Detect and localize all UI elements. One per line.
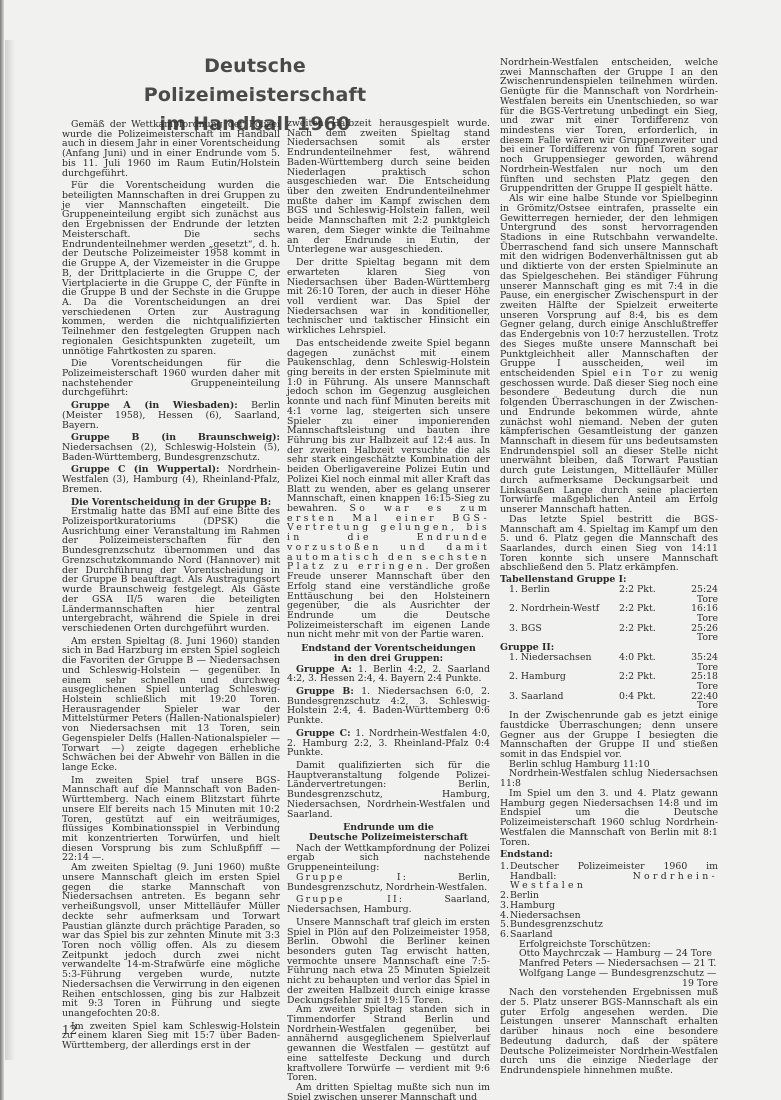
goals: 25:24 Tore — [662, 585, 718, 604]
paragraph: Am dritten Spieltag mußte sich nun im Sp… — [287, 1083, 490, 1100]
endstand-list: 1.Deutscher Polizeimeister 1960 im Handb… — [500, 862, 718, 940]
paragraph: Nach den vorstehenden Ergebnissen muß de… — [500, 988, 718, 1075]
standing-c: Gruppe C: 1. Nordrhein-Westfalen 4:0, 2.… — [287, 729, 490, 758]
paragraph: Im zweiten Spiel kam Schleswig-Holstein … — [62, 1022, 280, 1051]
text-run: zu wenig geschossen wurde. Daß dieser Si… — [500, 368, 718, 515]
table-group-i: 1. Berlin2:2 Pkt.25:24 Tore 2. Nordrhein… — [500, 585, 718, 643]
text-run: Das entscheidende zweite Spiel begann da… — [287, 338, 490, 514]
text-run: Als wir eine halbe Stunde vor Spielbegin… — [500, 193, 718, 379]
team: 2. Nordrhein-Westf — [500, 604, 610, 623]
team: 3. Saarland — [500, 692, 610, 711]
table-group-ii: 1. Niedersachsen4:0 Pkt.35:24 Tore 2. Ha… — [500, 653, 718, 711]
paragraph: Am zweiten Spieltag (9. Juni 1960) mußte… — [62, 863, 280, 1019]
group-c-line: Gruppe C (in Wuppertal): Nordrhein-Westf… — [62, 465, 280, 494]
result-line: Nordrhein-Westfalen schlug Niedersachsen… — [500, 769, 718, 788]
paragraph: Die Vorentscheidungen für die Polizeimei… — [62, 359, 280, 398]
goals: 22:40 Tore — [662, 692, 718, 711]
standing-b: Gruppe B: 1. Niedersachsen 6:0, 2. Bunde… — [287, 687, 490, 726]
paragraph: Der dritte Spieltag begann mit dem erwar… — [287, 258, 490, 336]
team: 1. Niedersachsen — [500, 653, 610, 672]
group-b-line: Gruppe B (in Braunschweig): Niedersachse… — [62, 433, 280, 462]
points: 2:2 Pkt. — [610, 585, 662, 604]
table-row: 2. Hamburg2:2 Pkt.25:18 Tore — [500, 672, 718, 691]
paragraph: zweiten Halbzeit herausgespielt wurde. N… — [287, 119, 490, 255]
paragraph: Für die Vorentscheidung wurden die betei… — [62, 181, 280, 356]
group-ii-line: Gruppe II: Saarland, Niedersachsen, Hamb… — [287, 895, 490, 914]
endstand-heading: Endstand: — [500, 850, 718, 860]
paragraph: Das letzte Spiel bestritt die BGS-Mannsc… — [500, 515, 718, 573]
goals: 35:24 Tore — [662, 653, 718, 672]
scan-edge — [0, 0, 4, 1100]
rank: 6. — [500, 930, 509, 940]
column-2: zweiten Halbzeit herausgespielt wurde. N… — [287, 119, 490, 1100]
paragraph: Als wir eine halbe Stunde vor Spielbegin… — [500, 194, 718, 515]
table-row: 3. BGS2:2 Pkt.25:26 Tore — [500, 624, 718, 643]
table-row: 1. Berlin2:2 Pkt.25:24 Tore — [500, 585, 718, 604]
subheading-line: Deutsche Polizeimeisterschaft — [309, 832, 468, 843]
goals: 25:26 Tore — [662, 624, 718, 643]
subheading-line: in den drei Gruppen: — [334, 653, 443, 664]
paragraph: Im zweiten Spiel traf unsere BGS-Mannsch… — [62, 776, 280, 863]
paragraph: Unsere Mannschaft traf gleich im ersten … — [287, 918, 490, 1005]
points: 2:2 Pkt. — [610, 604, 662, 623]
paragraph: Am ersten Spieltag (8. Juni 1960) stande… — [62, 637, 280, 773]
paragraph: Erstmalig hatte das BMI auf eine Bitte d… — [62, 507, 280, 633]
points: 4:0 Pkt. — [610, 653, 662, 672]
scan-shadow — [5, 40, 15, 1060]
page-number: 12 — [62, 1023, 77, 1037]
goals: 25:18 Tore — [662, 672, 718, 691]
table-row: 2. Nordrhein-Westf2:2 Pkt.16:16 Tore — [500, 604, 718, 623]
title-line-1: Deutsche Polizeimeisterschaft — [120, 52, 390, 110]
table-row: 1. Niedersachsen4:0 Pkt.35:24 Tore — [500, 653, 718, 672]
paragraph: Das entscheidende zweite Spiel begann da… — [287, 339, 490, 640]
standing-a: Gruppe A: 1. Berlin 4:2, 2. Saarland 4:2… — [287, 665, 490, 684]
table-row: 3. Saarland0:4 Pkt.22:40 Tore — [500, 692, 718, 711]
group-text: Niedersachsen (2), Schleswig-Holstein (5… — [62, 442, 280, 463]
paragraph: Gemäß der Wettkampfordnung der Polizei w… — [62, 120, 280, 178]
paragraph: Nach der Wettkampfordnung der Polizei er… — [287, 844, 490, 873]
list-item: 6.Saarland — [500, 930, 718, 940]
paragraph: In der Zwischenrunde gab es jetzt einige… — [500, 711, 718, 760]
group-a-line: Gruppe A (in Wiesbaden): Berlin (Meister… — [62, 401, 280, 430]
points: 0:4 Pkt. — [610, 692, 662, 711]
points: 2:2 Pkt. — [610, 624, 662, 643]
list-item: 1.Deutscher Polizeimeister 1960 im Handb… — [500, 862, 718, 891]
rank: 1. — [500, 862, 509, 872]
subheading: Endstand der Vorentscheidungenin den dre… — [287, 644, 490, 663]
goals: 16:16 Tore — [662, 604, 718, 623]
points: 2:2 Pkt. — [610, 672, 662, 691]
team: 2. Hamburg — [500, 672, 610, 691]
paragraph: Am zweiten Spieltag standen sich in Timm… — [287, 1005, 490, 1083]
paragraph: Nordrhein-Westfalen entscheiden, welche … — [500, 58, 718, 194]
group-i-line: Gruppe I: Berlin, Bundesgrenzschutz, Nor… — [287, 873, 490, 892]
paragraph: Im Spiel um den 3. und 4. Platz gewann H… — [500, 789, 718, 847]
text-run: Der großen Freude unserer Mannschaft übe… — [287, 561, 490, 640]
column-1: Gemäß der Wettkampfordnung der Polizei w… — [62, 120, 280, 1051]
column-3: Nordrhein-Westfalen entscheiden, welche … — [500, 58, 718, 1076]
list-text: Saarland — [510, 929, 553, 940]
team: 3. BGS — [500, 624, 610, 643]
subheading: Endrunde um dieDeutsche Polizeimeistersc… — [287, 823, 490, 842]
paragraph: Damit qualifizierten sich für die Hauptv… — [287, 761, 490, 819]
team: 1. Berlin — [500, 585, 610, 604]
